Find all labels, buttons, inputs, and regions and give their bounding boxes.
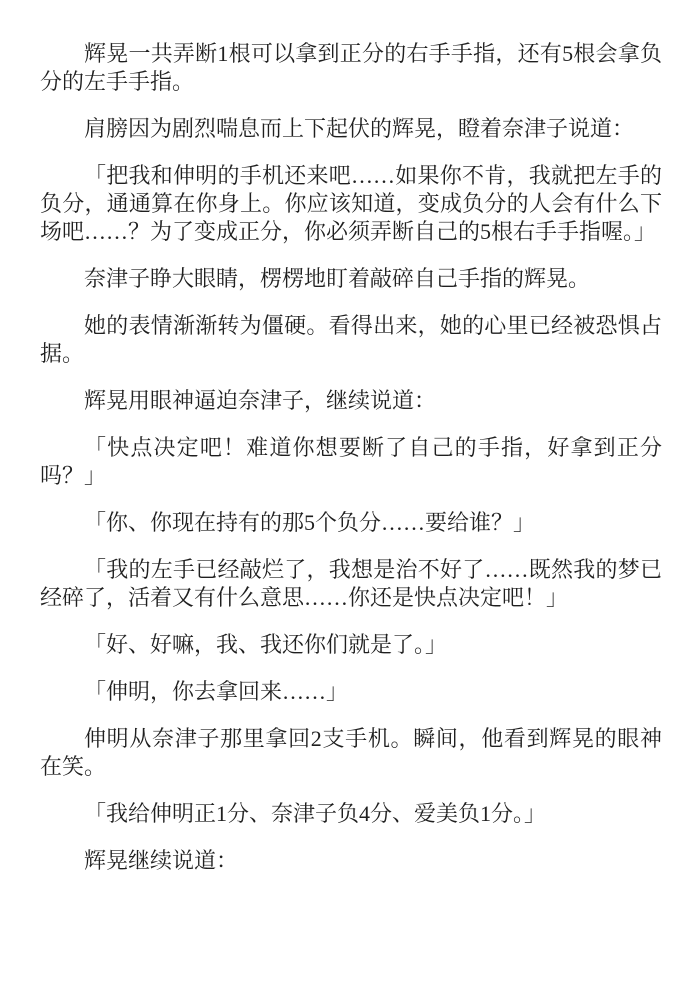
paragraph: 「我给伸明正1分、奈津子负4分、爱美负1分。」	[40, 800, 662, 828]
text-block: 辉晃一共弄断1根可以拿到正分的右手手指，还有5根会拿负分的左手手指。 肩膀因为剧…	[40, 40, 662, 894]
paragraph: 「伸明，你去拿回来……」	[40, 678, 662, 706]
paragraph: 辉晃一共弄断1根可以拿到正分的右手手指，还有5根会拿负分的左手手指。	[40, 40, 662, 96]
paragraph: 肩膀因为剧烈喘息而上下起伏的辉晃，瞪着奈津子说道：	[40, 115, 662, 143]
paragraph: 「快点决定吧！难道你想要断了自己的手指，好拿到正分吗？」	[40, 434, 662, 490]
paragraph: 「你、你现在持有的那5个负分……要给谁？」	[40, 509, 662, 537]
paragraph: 奈津子睁大眼睛，楞楞地盯着敲碎自己手指的辉晃。	[40, 265, 662, 293]
paragraph: 「把我和伸明的手机还来吧……如果你不肯，我就把左手的负分，通通算在你身上。你应该…	[40, 162, 662, 246]
paragraph: 她的表情渐渐转为僵硬。看得出来，她的心里已经被恐惧占据。	[40, 312, 662, 368]
paragraph: 辉晃用眼神逼迫奈津子，继续说道：	[40, 387, 662, 415]
paragraph: 伸明从奈津子那里拿回2支手机。瞬间，他看到辉晃的眼神在笑。	[40, 725, 662, 781]
paragraph: 「我的左手已经敲烂了，我想是治不好了……既然我的梦已经碎了，活着又有什么意思………	[40, 556, 662, 612]
paragraph: 「好、好嘛，我、我还你们就是了。」	[40, 631, 662, 659]
paragraph: 辉晃继续说道：	[40, 847, 662, 875]
document-page: 辉晃一共弄断1根可以拿到正分的右手手指，还有5根会拿负分的左手手指。 肩膀因为剧…	[0, 0, 700, 992]
